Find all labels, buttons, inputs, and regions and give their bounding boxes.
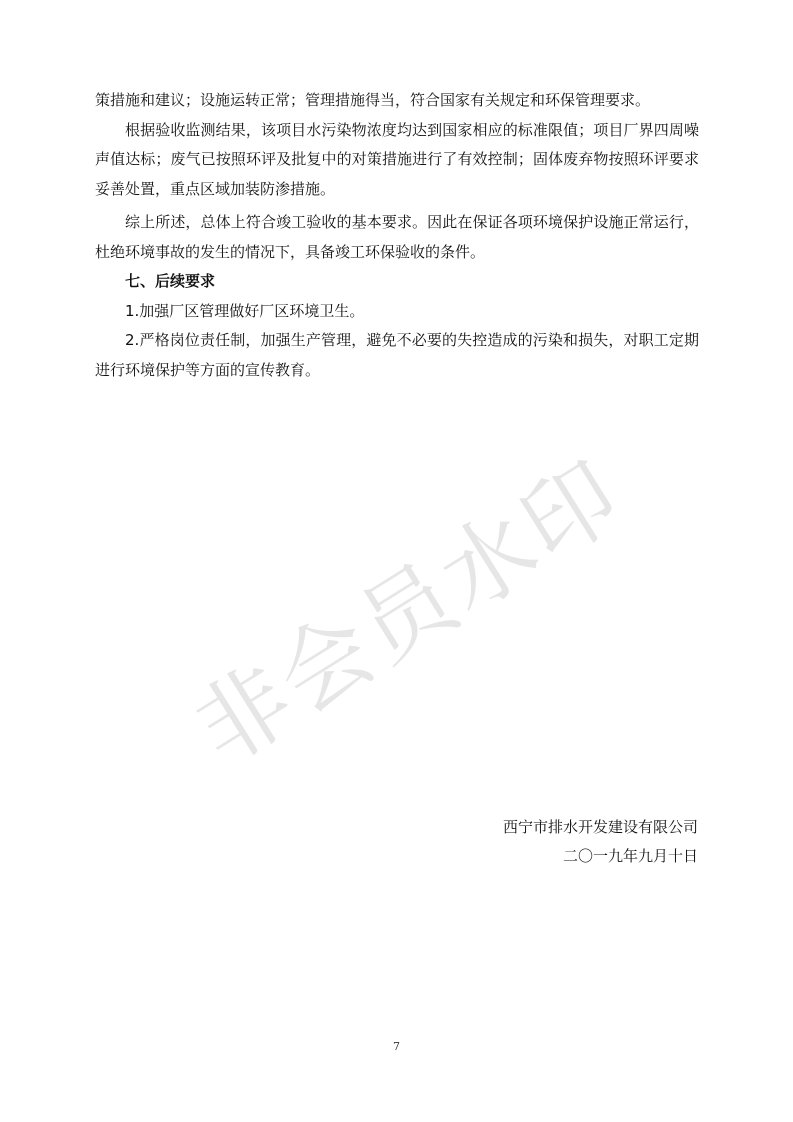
section-heading: 七、后续要求 xyxy=(95,267,699,297)
document-page: 策措施和建议；设施运转正常；管理措施得当，符合国家有关规定和环保管理要求。 根据… xyxy=(0,0,793,1122)
signature-date: 二〇一九年九月十日 xyxy=(503,842,698,871)
requirement-item: 1.加强厂区管理做好厂区环境卫生。 xyxy=(95,297,699,327)
paragraph-monitoring-results: 根据验收监测结果，该项目水污染物浓度均达到国家相应的标准限值；项目厂界四周噪声值… xyxy=(95,116,699,205)
watermark-text: 非会员水印 xyxy=(166,423,643,789)
paragraph-continuation: 策措施和建议；设施运转正常；管理措施得当，符合国家有关规定和环保管理要求。 xyxy=(95,86,699,116)
page-number: 7 xyxy=(0,1040,793,1053)
document-body: 策措施和建议；设施运转正常；管理措施得当，符合国家有关规定和环保管理要求。 根据… xyxy=(95,86,699,385)
signature-block: 西宁市排水开发建设有限公司 二〇一九年九月十日 xyxy=(503,813,698,871)
paragraph-conclusion: 综上所述，总体上符合竣工验收的基本要求。因此在保证各项环境保护设施正常运行，杜绝… xyxy=(95,208,699,267)
signature-organization: 西宁市排水开发建设有限公司 xyxy=(503,813,698,842)
requirement-item: 2.严格岗位责任制，加强生产管理，避免不必要的失控造成的污染和损失，对职工定期进… xyxy=(95,326,699,385)
